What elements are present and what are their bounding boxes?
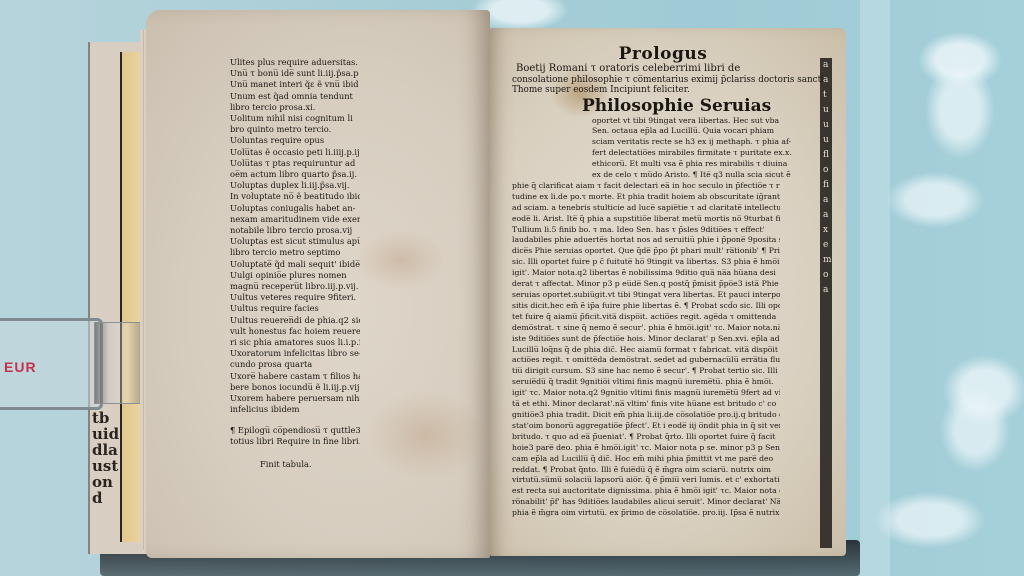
body-line: hoie3 pare̅ deo. phia ẽ hmo̅i.igit' τc. … (512, 443, 780, 454)
finis-tabula: Finit tabula. (230, 459, 360, 470)
cover-printed-fragment: tbuiddlaustond (92, 410, 120, 550)
body-line: Lucillu̅ loq̃ns q̃ de phia dic̃. Hec aia… (512, 345, 780, 356)
body-line: iste 9ditio̅es sunt de p̃fectio̅e hois. … (512, 334, 780, 345)
headline-philosophie-seruias: Philosophie Seruias (512, 96, 774, 116)
right-page-prologue-text: Prologus Boetij Romani τ oratoris celebe… (512, 44, 774, 519)
index-line: cundo prosa quarta (230, 359, 360, 370)
body-line: gnitio̅e3 phia tradit. Dicit em̃ phia li… (512, 410, 780, 421)
index-line: Uoluptas duplex li.iij.p̃sa.vij. (230, 180, 360, 191)
body-line: ro̅nabilit' p̃f' has 9ditio̅es laudabile… (512, 497, 780, 508)
body-line: seruie̅du̅ q̃ tradit 9gnitio̅i vltimi fi… (512, 377, 780, 388)
body-line: oportet vt tibi 9tingat vera libertas. H… (512, 116, 860, 127)
body-line: reddat. ¶ Probat q̃nto. Illi ẽ fuie̅du̅ … (512, 465, 780, 476)
left-page-index-text: Ulites plus require aduersitas. Unu̅ τ b… (230, 57, 360, 470)
body-line: tiu̅ dirigit cursum. S3 sine hac nemo ẽ … (512, 366, 780, 377)
body-line: cam ep̃la ad Lucillu̅ q̃ dic̃. Hoc em̃ m… (512, 454, 780, 465)
index-line: nexam amaritudinem vide exemplu̅ (230, 214, 360, 225)
index-line: oe̅m actum libro quarto p̃sa.ij. (230, 169, 360, 180)
index-line: ri sic phia amatores suos li.i.p.i. (230, 337, 360, 348)
incipit-line: consolatione philosophie τ co̅mentarius … (512, 75, 774, 86)
prologue-heading: Prologus (512, 44, 774, 64)
index-line: Uoluntas require opus (230, 135, 360, 146)
index-line: libro tercio metro septimo (230, 247, 360, 258)
incipit-line: Thome super eosdem Incipiunt feliciter. (512, 85, 774, 96)
body-line: tudine ex li.de po.τ morte. Et phia trad… (512, 192, 780, 203)
body-line: ad sciam. a tenebris stulticie ad luce̅ … (512, 203, 780, 214)
body-line: dice̅s Phie seruias oportet. Que q̃de̅ p… (512, 246, 780, 257)
index-line: magnu̅ receperu̅t libro.iij.p.vij. (230, 281, 360, 292)
body-line: demo̅strat. τ sine q̃ nemo ẽ secur'. phi… (512, 323, 780, 334)
index-line: Uolu̅tas τ ptas requiruntur ad (230, 158, 360, 169)
index-line: vult honestus fac hoiem reuere (230, 326, 360, 337)
body-line: Tullium li.5 finib bo. τ ma. Ideo Sen. h… (512, 225, 780, 236)
index-line: Uolu̅tas ẽ occasio peti li.iiij.p.ij (230, 147, 360, 158)
body-line: virtutu̅.su̅mu̅ solaciu̅ lapsoru̅ aio̅r.… (512, 475, 780, 486)
body-line: stat'oim bonoru̅ aggregatio̅e p̃fect'. E… (512, 421, 780, 432)
body-line: igit'. Maior nota.q2 libertas ẽ nobiliss… (512, 268, 780, 279)
index-line: Uxore̅ habere castam τ filios ha (230, 371, 360, 382)
body-line: igit' τc. Maior nota.q2 9gnitio vltimi f… (512, 388, 780, 399)
body-line: est recta sui auctoritate dignissima. ph… (512, 486, 780, 497)
body-line: britudo. τ quo ad ea̅ p̃ueniat'. ¶ Proba… (512, 432, 780, 443)
index-line: Uoluptas coniugalis habet an- (230, 203, 360, 214)
paper-stain (356, 230, 446, 290)
body-line: derat τ affectat. Minor p3 p eu̅de̅ Sen.… (512, 279, 780, 290)
index-line: Unum est q̃ad omnia tendunt (230, 91, 360, 102)
body-line: sciam veritatis recte se h3 ex ij methap… (512, 137, 860, 148)
index-line: libro tercio prosa.xi. (230, 102, 360, 113)
clip-glass (94, 322, 142, 404)
index-line: notabile libro tercio prosa.vij (230, 225, 360, 236)
clip-frame: EUR (0, 318, 103, 410)
paper-stain (366, 390, 486, 480)
index-line: Uulgi opinio̅e plures nomen (230, 270, 360, 281)
body-line: phia ẽ m̃gra oim virtutu̅. ex p̃rimo de … (512, 508, 780, 519)
body-line: laudabiles phie aduerte̅s hortat nos ad … (512, 235, 780, 246)
body-line: Sen. octaua ep̃la ad Lucillu̅. Quia voca… (512, 126, 860, 137)
incipit-line: Boetij Romani τ oratoris celeberrimi lib… (512, 64, 774, 75)
index-line: Ulites plus require aduersitas. (230, 57, 360, 68)
body-line: eode̅ li. Arist. Ite̅ q̃ phia a supstiti… (512, 214, 780, 225)
index-line: Uultus reueren̅di de phia.q2 sicut (230, 315, 360, 326)
index-line: infelicius ibidem (230, 404, 360, 415)
body-line: fert delectatio̅es mirabiles firmitate τ… (512, 148, 860, 159)
index-line: Uxoratorum infelicitas libro se- (230, 348, 360, 359)
index-line: Uxorem habere peruersam nihil (230, 393, 360, 404)
body-line: tet fuire q̃ aiamu̅ p̃ficit.vita̅ dispo̅… (512, 312, 780, 323)
prologue-body: oportet vt tibi 9tingat vera libertas. H… (512, 116, 774, 520)
body-line: ta̅ et ethi. Minor declarat'.na̅ vltim' … (512, 399, 780, 410)
epilogue-line: totius libri Require in fine libri. (230, 436, 360, 447)
index-line: Uolitum nihil nisi cognitum li (230, 113, 360, 124)
index-line: In voluptate no̅ ẽ beatitudo ibid (230, 191, 360, 202)
index-line: Unu̅ τ bonu̅ ide̅ sunt li.iij.p̃sa.p (230, 68, 360, 79)
body-line: sitis dicit.hec em̃ ẽ ip̃a fuire phie li… (512, 301, 780, 312)
index-line: Unu̅ manet interi q̃ε ẽ vnu̅ ibid (230, 79, 360, 90)
page-clip: EUR (0, 318, 142, 406)
index-line: bro quinto metro tercio. (230, 124, 360, 135)
index-line: Uoluptate̅ q̃d mali sequit' ibide̅ (230, 259, 360, 270)
incipit-block: Boetij Romani τ oratoris celeberrimi lib… (512, 64, 774, 96)
body-line: seruias oportet.subiu̅git.vt tibi 9tinga… (512, 290, 780, 301)
index-line: bere bonos iocundu̅ ẽ li.iij.p.vij (230, 382, 360, 393)
body-line: ethicoru̅. Et multi vsa ẽ phia res mirab… (512, 159, 860, 170)
clip-label: EUR (4, 359, 37, 375)
body-line: phie q̃ clarificat aiam τ facit delectar… (512, 181, 780, 192)
index-line: Uoluptas est sicut stimulus apu̅ (230, 236, 360, 247)
body-line: actio̅es regit. τ omitte̅da demo̅strat. … (512, 355, 780, 366)
epilogue-line: ¶ Epilogu̅ co̅pendiosu̅ τ quttle3 (230, 425, 360, 436)
index-line: Uultus require facies (230, 303, 360, 314)
body-line: ex de celo τ mu̅do Aristo. ¶ Ite̅ q3 nul… (512, 170, 860, 181)
index-line: Uultus veteres require 9fiteri. (230, 292, 360, 303)
body-line: sic. Illi oportet fuire p c̃ fuitute̅ ho… (512, 257, 780, 268)
cloth-pattern-band (860, 0, 890, 576)
